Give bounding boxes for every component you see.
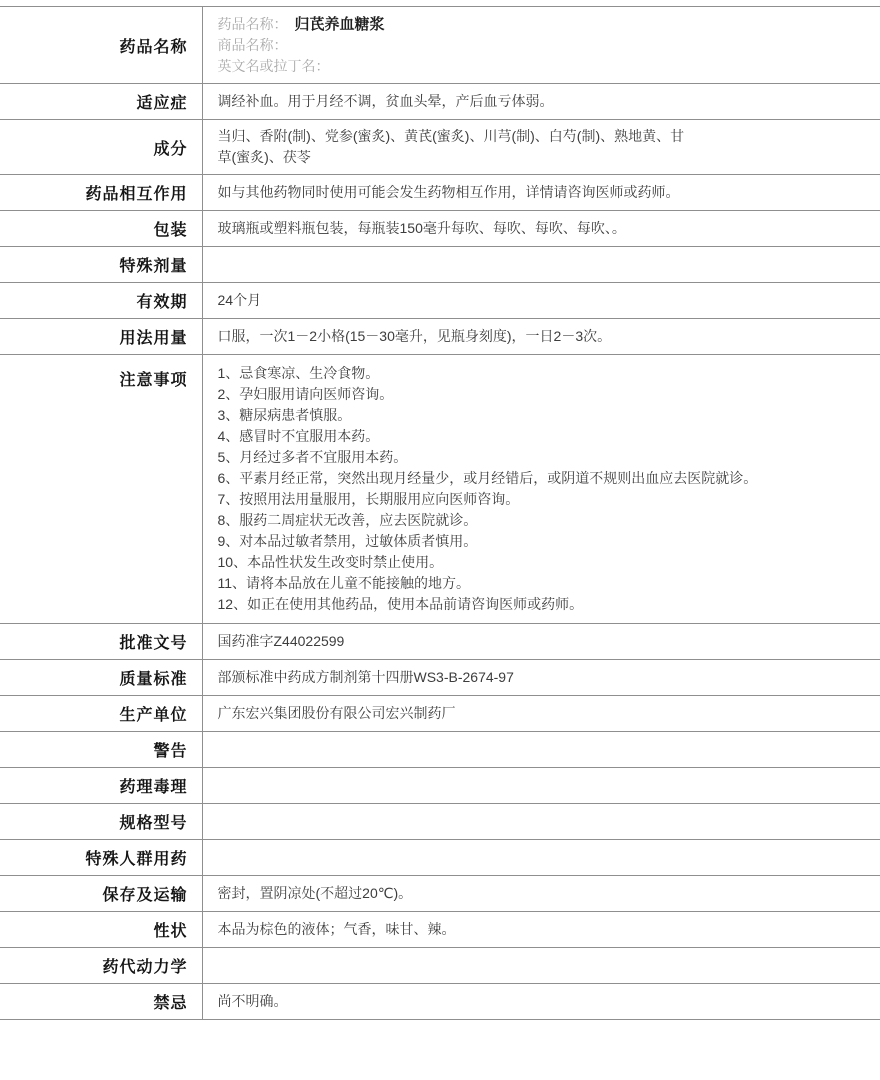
row-value-special-dosage bbox=[202, 247, 880, 283]
row-approval-number: 批准文号 国药准字Z44022599 bbox=[0, 624, 880, 660]
row-drug-name: 药品名称 药品名称：归芪养血糖浆 商品名称： 英文名或拉丁名： bbox=[0, 7, 880, 84]
english-name-line: 英文名或拉丁名： bbox=[218, 56, 871, 77]
row-precautions: 注意事项 1、忌食寒凉、生冷食物。 2、孕妇服用请向医师咨询。 3、糖尿病患者慎… bbox=[0, 355, 880, 624]
row-properties: 性状 本品为棕色的液体；气香，味甘、辣。 bbox=[0, 912, 880, 948]
row-pharmacology-toxicology: 药理毒理 bbox=[0, 768, 880, 804]
row-value-indications: 调经补血。用于月经不调，贫血头晕，产后血亏体弱。 bbox=[202, 84, 880, 120]
row-label-contraindications: 禁忌 bbox=[0, 984, 202, 1020]
row-storage-transport: 保存及运输 密封，置阴凉处(不超过20℃)。 bbox=[0, 876, 880, 912]
row-value-dosage: 口服，一次1－2小格(15－30毫升，见瓶身刻度)，一日2－3次。 bbox=[202, 319, 880, 355]
row-contraindications: 禁忌 尚不明确。 bbox=[0, 984, 880, 1020]
row-value-properties: 本品为棕色的液体；气香，味甘、辣。 bbox=[202, 912, 880, 948]
row-label-special-population: 特殊人群用药 bbox=[0, 840, 202, 876]
row-quality-standard: 质量标准 部颁标准中药成方制剂第十四册WS3-B-2674-97 bbox=[0, 660, 880, 696]
row-value-drug-name: 药品名称：归芪养血糖浆 商品名称： 英文名或拉丁名： bbox=[202, 7, 880, 84]
generic-name-value: 归芪养血糖浆 bbox=[295, 16, 385, 33]
trade-name-prefix: 商品名称： bbox=[218, 37, 288, 53]
row-label-ingredients: 成分 bbox=[0, 120, 202, 175]
row-value-pharmacology-toxicology bbox=[202, 768, 880, 804]
row-value-packaging: 玻璃瓶或塑料瓶包装，每瓶装150毫升每吹、每吹、每吹、每吹、。 bbox=[202, 211, 880, 247]
drug-info-table: 药品名称 药品名称：归芪养血糖浆 商品名称： 英文名或拉丁名： 适应症 调经补血… bbox=[0, 6, 880, 1020]
row-value-contraindications: 尚不明确。 bbox=[202, 984, 880, 1020]
row-specification: 规格型号 bbox=[0, 804, 880, 840]
row-label-specification: 规格型号 bbox=[0, 804, 202, 840]
row-label-quality-standard: 质量标准 bbox=[0, 660, 202, 696]
row-label-indications: 适应症 bbox=[0, 84, 202, 120]
row-ingredients: 成分 当归、香附(制)、党参(蜜炙)、黄芪(蜜炙)、川芎(制)、白芍(制)、熟地… bbox=[0, 120, 880, 175]
english-name-prefix: 英文名或拉丁名： bbox=[218, 58, 330, 74]
row-label-shelf-life: 有效期 bbox=[0, 283, 202, 319]
row-manufacturer: 生产单位 广东宏兴集团股份有限公司宏兴制药厂 bbox=[0, 696, 880, 732]
row-label-storage-transport: 保存及运输 bbox=[0, 876, 202, 912]
trade-name-line: 商品名称： bbox=[218, 35, 871, 56]
row-packaging: 包装 玻璃瓶或塑料瓶包装，每瓶装150毫升每吹、每吹、每吹、每吹、。 bbox=[0, 211, 880, 247]
row-shelf-life: 有效期 24个月 bbox=[0, 283, 880, 319]
row-label-packaging: 包装 bbox=[0, 211, 202, 247]
row-pharmacokinetics: 药代动力学 bbox=[0, 948, 880, 984]
row-value-ingredients: 当归、香附(制)、党参(蜜炙)、黄芪(蜜炙)、川芎(制)、白芍(制)、熟地黄、甘… bbox=[202, 120, 880, 175]
row-label-special-dosage: 特殊剂量 bbox=[0, 247, 202, 283]
row-label-interactions: 药品相互作用 bbox=[0, 175, 202, 211]
row-value-pharmacokinetics bbox=[202, 948, 880, 984]
row-interactions: 药品相互作用 如与其他药物同时使用可能会发生药物相互作用，详情请咨询医师或药师。 bbox=[0, 175, 880, 211]
row-value-shelf-life: 24个月 bbox=[202, 283, 880, 319]
row-label-drug-name: 药品名称 bbox=[0, 7, 202, 84]
row-value-quality-standard: 部颁标准中药成方制剂第十四册WS3-B-2674-97 bbox=[202, 660, 880, 696]
row-value-specification bbox=[202, 804, 880, 840]
row-dosage: 用法用量 口服，一次1－2小格(15－30毫升，见瓶身刻度)，一日2－3次。 bbox=[0, 319, 880, 355]
row-value-interactions: 如与其他药物同时使用可能会发生药物相互作用，详情请咨询医师或药师。 bbox=[202, 175, 880, 211]
row-label-manufacturer: 生产单位 bbox=[0, 696, 202, 732]
row-value-approval-number: 国药准字Z44022599 bbox=[202, 624, 880, 660]
drug-info-page: 药品名称 药品名称：归芪养血糖浆 商品名称： 英文名或拉丁名： 适应症 调经补血… bbox=[0, 0, 880, 1080]
generic-name-line: 药品名称：归芪养血糖浆 bbox=[218, 14, 871, 35]
row-label-warning: 警告 bbox=[0, 732, 202, 768]
row-special-population: 特殊人群用药 bbox=[0, 840, 880, 876]
row-indications: 适应症 调经补血。用于月经不调，贫血头晕，产后血亏体弱。 bbox=[0, 84, 880, 120]
row-warning: 警告 bbox=[0, 732, 880, 768]
row-label-precautions: 注意事项 bbox=[0, 355, 202, 624]
row-value-manufacturer: 广东宏兴集团股份有限公司宏兴制药厂 bbox=[202, 696, 880, 732]
row-value-special-population bbox=[202, 840, 880, 876]
row-value-storage-transport: 密封，置阴凉处(不超过20℃)。 bbox=[202, 876, 880, 912]
row-label-properties: 性状 bbox=[0, 912, 202, 948]
row-label-pharmacology-toxicology: 药理毒理 bbox=[0, 768, 202, 804]
row-label-approval-number: 批准文号 bbox=[0, 624, 202, 660]
row-label-dosage: 用法用量 bbox=[0, 319, 202, 355]
generic-name-prefix: 药品名称： bbox=[218, 16, 288, 32]
row-special-dosage: 特殊剂量 bbox=[0, 247, 880, 283]
row-value-precautions: 1、忌食寒凉、生冷食物。 2、孕妇服用请向医师咨询。 3、糖尿病患者慎服。 4、… bbox=[202, 355, 880, 624]
row-value-warning bbox=[202, 732, 880, 768]
row-label-pharmacokinetics: 药代动力学 bbox=[0, 948, 202, 984]
